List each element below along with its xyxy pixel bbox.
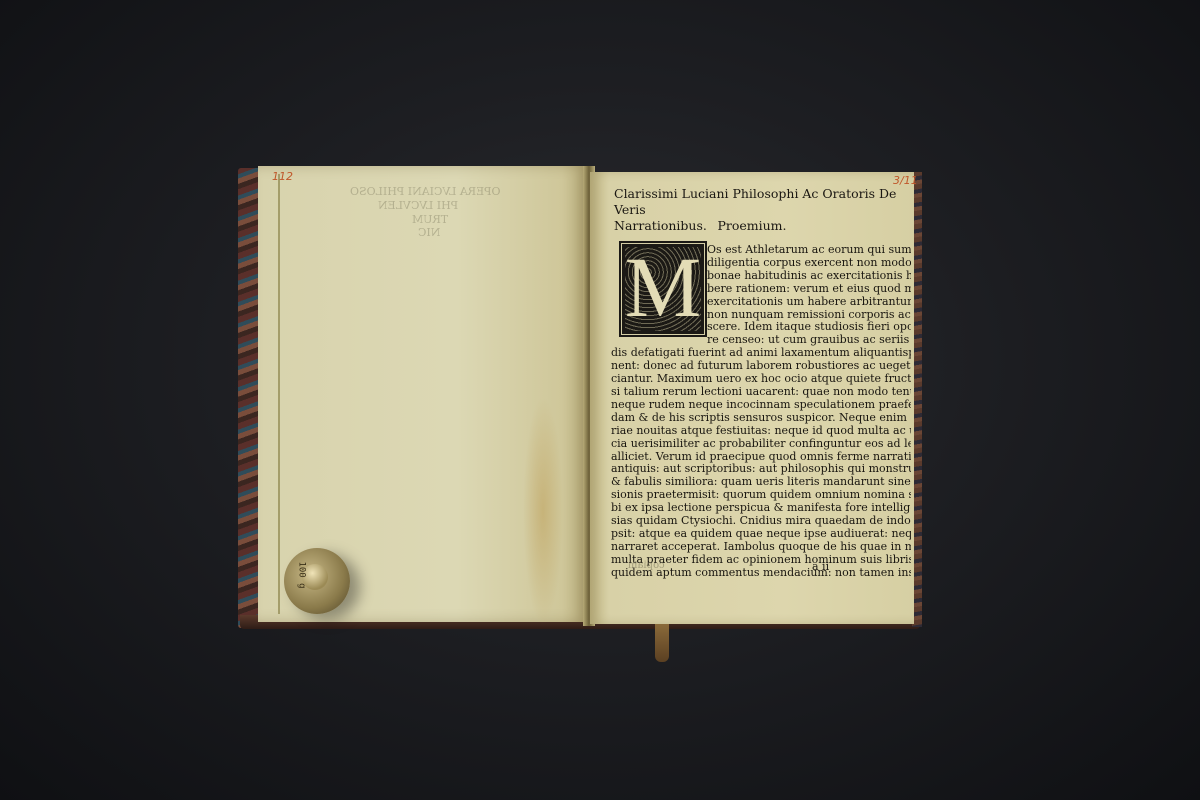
text-line: nent: donec ad futurum laborem robustior… bbox=[611, 360, 911, 373]
catchword-show-through: copiam bbox=[628, 560, 665, 571]
text-line: non nunquam remissioni corporis acquie bbox=[611, 309, 911, 322]
text-line: & fabulis similiora: quam ueris literis … bbox=[611, 476, 911, 489]
proemium-heading: Proemium. bbox=[590, 218, 914, 233]
text-line: neque rudem neque incocinnam speculation… bbox=[611, 399, 911, 412]
left-folio-number: 112 bbox=[272, 170, 293, 183]
foxing-stain bbox=[523, 396, 563, 626]
text-line: bonae habitudinis ac exercitationis ha bbox=[611, 270, 911, 283]
text-line: re censeo: ut cum grauibus ac seriis leg… bbox=[611, 334, 911, 347]
page-fold-line bbox=[278, 174, 280, 614]
book-photo: 112 OPERA LVCIANI PHILOSO PHI LVCVLEN TR… bbox=[0, 0, 1200, 800]
text-line: scere. Idem itaque studiosis fieri oport… bbox=[611, 321, 911, 334]
text-line: Os est Athletarum ac eorum qui summa bbox=[611, 244, 911, 257]
text-line: sionis praetermisit: quorum quidem omniu… bbox=[611, 489, 911, 502]
body-text: Os est Athletarum ac eorum qui summa dil… bbox=[611, 244, 911, 580]
show-through-line: NIC bbox=[418, 226, 440, 239]
text-line: bere rationem: verum et eius quod magnam bbox=[611, 283, 911, 296]
text-line: sias quidam Ctysiochi. Cnidius mira quae… bbox=[611, 515, 911, 528]
text-line: dam & de his scriptis sensuros suspicor.… bbox=[611, 412, 911, 425]
text-line: psit: atque ea quidem quae neque ipse au… bbox=[611, 528, 911, 541]
brass-book-weight[interactable]: 100 g bbox=[284, 548, 350, 614]
text-line: si talium rerum lectioni uacarent: quae … bbox=[611, 386, 911, 399]
text-line: cia uerisimiliter ac probabiliter confin… bbox=[611, 438, 911, 451]
text-line: exercitationis um habere arbitrantur: bbox=[611, 296, 911, 309]
title-line: Clarissimi Luciani Philosophi Ac Oratori… bbox=[614, 186, 904, 218]
show-through-line: PHI LVCVLEN bbox=[378, 199, 458, 212]
show-through-line: OPERA LVCIANI PHILOSO bbox=[350, 185, 501, 198]
weight-stamp: 100 g bbox=[297, 561, 307, 588]
text-line: narraret acceperat. Iambolus quoque de h… bbox=[611, 541, 911, 554]
bookmark-ribbon bbox=[655, 624, 669, 662]
text-line: dis defatigati fuerint ad animi laxament… bbox=[611, 347, 911, 360]
text-line: riae nouitas atque festiuitas: neque id … bbox=[611, 425, 911, 438]
text-line: alliciet. Verum id praecipue quod omnis … bbox=[611, 451, 911, 464]
text-line: bi ex ipsa lectione perspicua & manifest… bbox=[611, 502, 911, 515]
text-line: antiquis: aut scriptoribus: aut philosop… bbox=[611, 463, 911, 476]
text-line: diligentia corpus exercent non modo bbox=[611, 257, 911, 270]
signature-mark: a ii bbox=[812, 560, 829, 573]
show-through-line: TRUM bbox=[412, 213, 448, 226]
text-line: ciantur. Maximum uero ex hoc ocio atque … bbox=[611, 373, 911, 386]
